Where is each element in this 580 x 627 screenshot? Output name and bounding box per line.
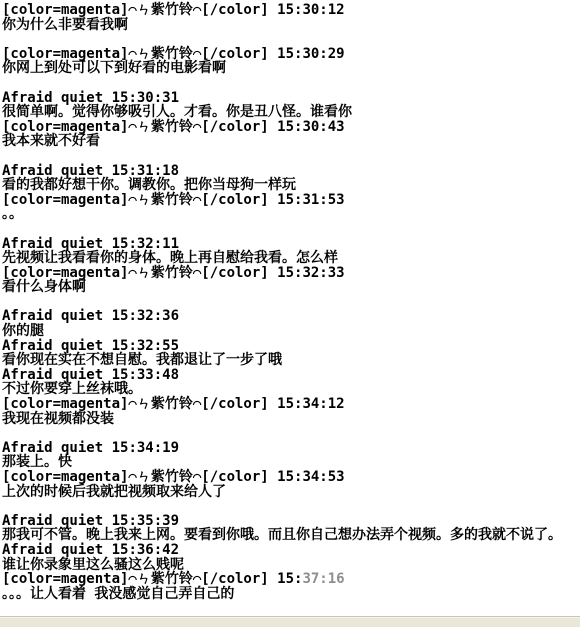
message-text: 那我可不管。晚上我来上网。要看到你哦。而且你自己想办法弄个视频。多的我就不说了。 — [2, 528, 580, 543]
chat-log[interactable]: [color=magenta]⌒ㄣ紫竹铃⌒[/color] 15:30:12 你… — [2, 3, 580, 601]
timestamp: 15:36:42 — [112, 542, 179, 558]
chat-message: Afraid quiet 15:32:11 先视频让我看看你的身体。晚上再自慰给… — [2, 237, 580, 266]
timestamp: 15:32:36 — [112, 308, 179, 324]
message-header: Afraid quiet 15:34:19 — [2, 441, 580, 456]
sender-name: Afraid quiet — [2, 542, 103, 558]
message-text: 上次的时候后我就把视频取来给人了 — [2, 485, 580, 500]
sender-name: [color=magenta]⌒ㄣ紫竹铃⌒[/color] — [2, 571, 269, 587]
chat-message: [color=magenta]⌒ㄣ紫竹铃⌒[/color] 15:31:53 。… — [2, 193, 580, 222]
timestamp: 15:31:53 — [277, 192, 344, 208]
message-text: 我现在视频都没装 — [2, 412, 580, 427]
chat-message: Afraid quiet 15:31:18 看的我都好想干你。调教你。把你当母狗… — [2, 164, 580, 193]
message-header: [color=magenta]⌒ㄣ紫竹铃⌒[/color] 15:32:33 — [2, 266, 580, 281]
message-header: [color=magenta]⌒ㄣ紫竹铃⌒[/color] 15:34:53 — [2, 470, 580, 485]
timestamp-dim: 37:16 — [302, 571, 344, 587]
status-bar — [0, 616, 580, 627]
message-text: 。。。让人看着 我没感觉自己弄自己的 — [2, 587, 580, 602]
sender-name: [color=magenta]⌒ㄣ紫竹铃⌒[/color] — [2, 2, 269, 18]
sender-name: [color=magenta]⌒ㄣ紫竹铃⌒[/color] — [2, 396, 269, 412]
message-header: Afraid quiet 15:36:42 — [2, 543, 580, 558]
message-text: 先视频让我看看你的身体。晚上再自慰给我看。怎么样 — [2, 251, 580, 266]
timestamp: 15:34:53 — [277, 469, 344, 485]
chat-message: Afraid quiet 15:32:55 看你现在实在不想自慰。我都退让了一步… — [2, 339, 580, 368]
message-header: [color=magenta]⌒ㄣ紫竹铃⌒[/color] 15:34:12 — [2, 397, 580, 412]
chat-message: [color=magenta]⌒ㄣ紫竹铃⌒[/color] 15:30:12 你… — [2, 3, 580, 32]
message-header: Afraid quiet 15:31:18 — [2, 164, 580, 179]
timestamp: 15:30:43 — [277, 119, 344, 135]
message-header: [color=magenta]⌒ㄣ紫竹铃⌒[/color] 15:30:12 — [2, 3, 580, 18]
message-header: Afraid quiet 15:32:11 — [2, 237, 580, 252]
sender-name: [color=magenta]⌒ㄣ紫竹铃⌒[/color] — [2, 192, 269, 208]
chat-message: Afraid quiet 15:32:36 你的腿 — [2, 309, 580, 338]
timestamp: 15:34:12 — [277, 396, 344, 412]
message-text: 看的我都好想干你。调教你。把你当母狗一样玩 — [2, 178, 580, 193]
message-text: 很简单啊。觉得你够吸引人。才看。你是丑八怪。谁看你 — [2, 105, 580, 120]
timestamp: 15:30:29 — [277, 46, 344, 62]
chat-message: Afraid quiet 15:35:39 那我可不管。晚上我来上网。要看到你哦… — [2, 514, 580, 543]
chat-message: [color=magenta]⌒ㄣ紫竹铃⌒[/color] 15:34:53 上… — [2, 470, 580, 499]
chat-message: Afraid quiet 15:36:42 谁让你录象里这么骚这么贱呢 — [2, 543, 580, 572]
chat-message: Afraid quiet 15:30:31 很简单啊。觉得你够吸引人。才看。你是… — [2, 91, 580, 120]
timestamp: 15:32:33 — [277, 265, 344, 281]
timestamp: 15:34:19 — [112, 440, 179, 456]
message-header: Afraid quiet 15:32:36 — [2, 309, 580, 324]
chat-message: Afraid quiet 15:33:48 不过你要穿上丝袜哦。 — [2, 368, 580, 397]
sender-name: [color=magenta]⌒ㄣ紫竹铃⌒[/color] — [2, 469, 269, 485]
message-text: 你网上到处可以下到好看的电影看啊 — [2, 61, 580, 76]
timestamp: 15: — [277, 571, 302, 587]
message-text: 我本来就不好看 — [2, 134, 580, 149]
chat-message: Afraid quiet 15:34:19 那装上。快 — [2, 441, 580, 470]
message-text: 那装上。快 — [2, 455, 580, 470]
chat-message: [color=magenta]⌒ㄣ紫竹铃⌒[/color] 15:30:43 我… — [2, 120, 580, 149]
chat-message: [color=magenta]⌒ㄣ紫竹铃⌒[/color] 15:34:12 我… — [2, 397, 580, 426]
timestamp: 15:30:12 — [277, 2, 344, 18]
message-text: 看你现在实在不想自慰。我都退让了一步了哦 — [2, 353, 580, 368]
chat-message: [color=magenta]⌒ㄣ紫竹铃⌒[/color] 15:37:16 。… — [2, 572, 580, 601]
message-header: [color=magenta]⌒ㄣ紫竹铃⌒[/color] 15:37:16 — [2, 572, 580, 587]
message-text: 谁让你录象里这么骚这么贱呢 — [2, 558, 580, 573]
message-text: 你的腿 — [2, 324, 580, 339]
message-text: 看什么身体啊 — [2, 280, 580, 295]
chat-message: [color=magenta]⌒ㄣ紫竹铃⌒[/color] 15:30:29 你… — [2, 47, 580, 76]
message-text: 你为什么非要看我啊 — [2, 18, 580, 33]
chat-message: [color=magenta]⌒ㄣ紫竹铃⌒[/color] 15:32:33 看… — [2, 266, 580, 295]
message-text: 不过你要穿上丝袜哦。 — [2, 382, 580, 397]
message-text: 。。 — [2, 207, 580, 222]
message-header: Afraid quiet 15:30:31 — [2, 91, 580, 106]
message-header: [color=magenta]⌒ㄣ紫竹铃⌒[/color] 15:31:53 — [2, 193, 580, 208]
